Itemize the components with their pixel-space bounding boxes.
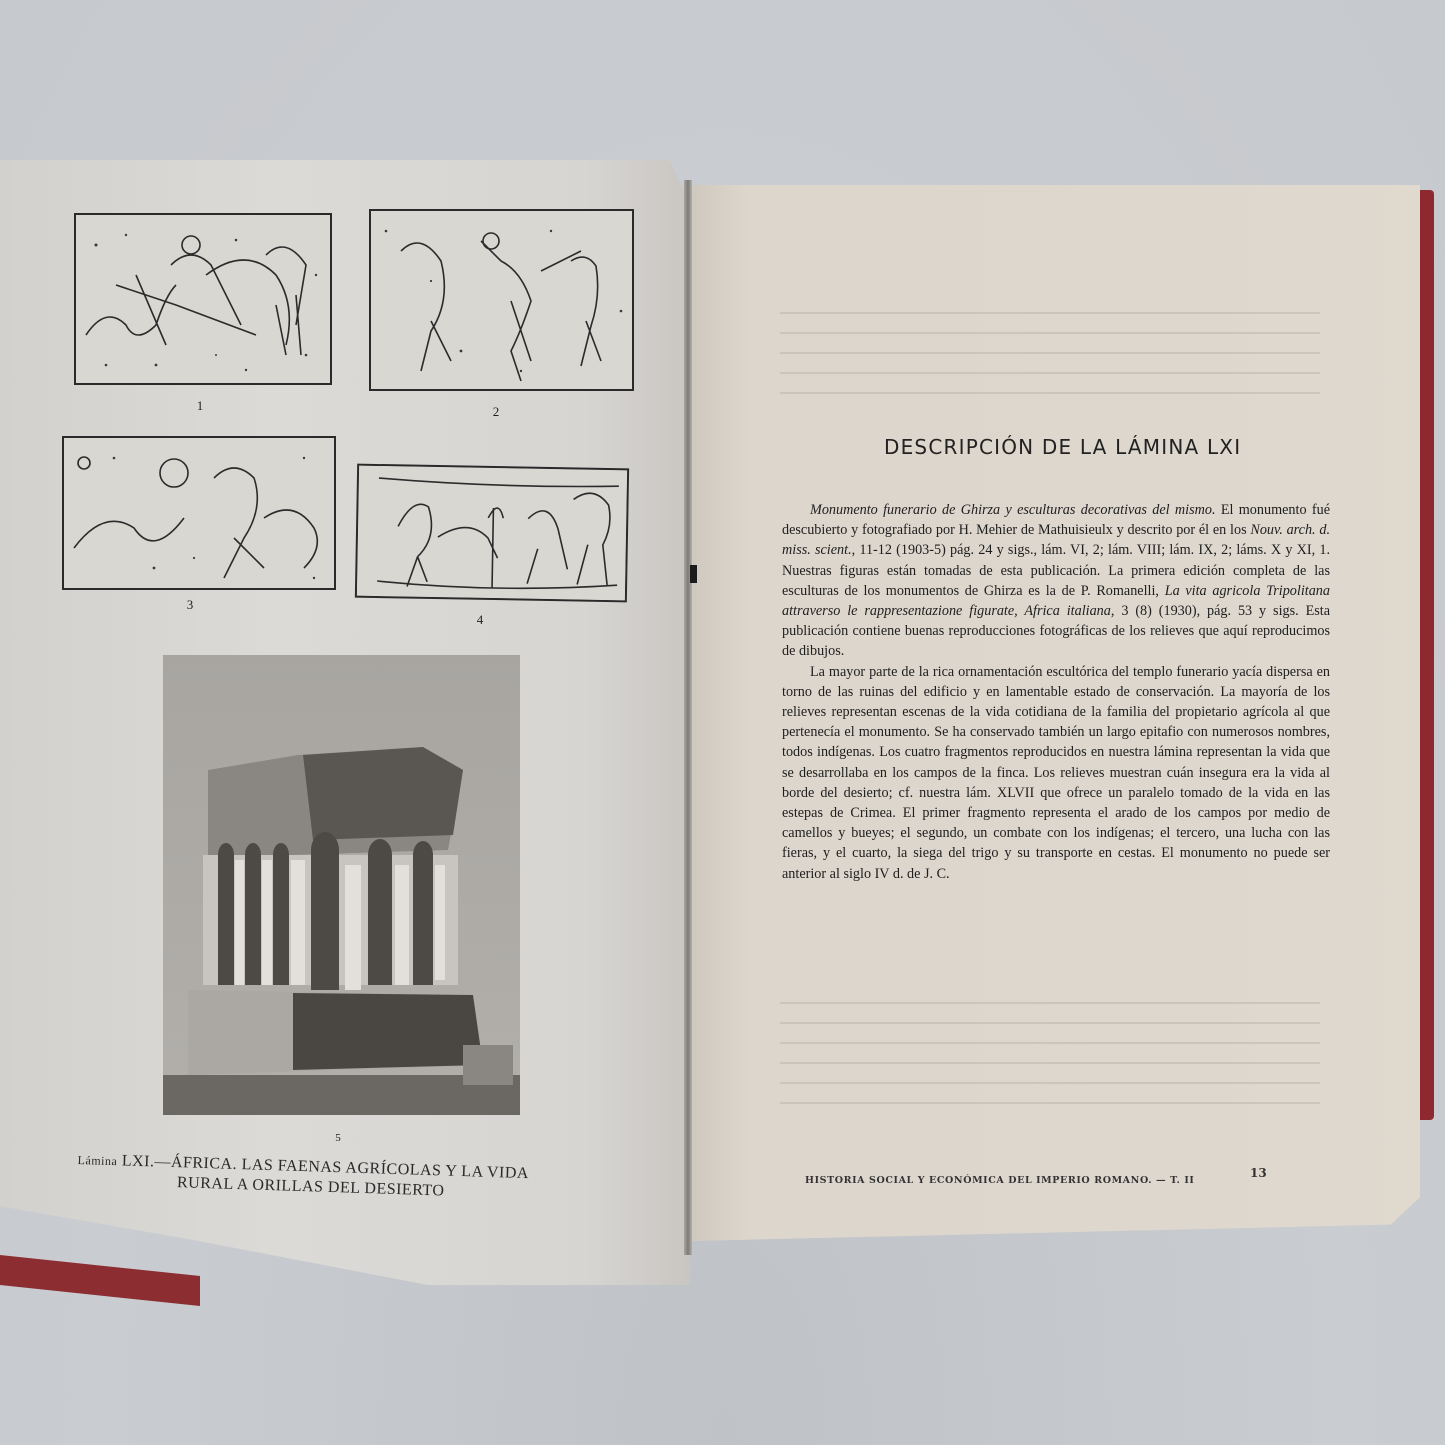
figure-1-relief [74, 213, 332, 385]
figure-4-relief [355, 464, 629, 603]
show-through-text-bottom [780, 990, 1320, 1110]
plate-caption-label: Lámina [77, 1153, 117, 1168]
paragraph-1-italic-lead: Monumento funerario de Ghirza y escultur… [810, 502, 1216, 518]
relief-drawing-icon [357, 466, 627, 601]
book-gutter [684, 180, 692, 1255]
figure-3-number: 3 [175, 597, 205, 613]
description-paragraph-1: Monumento funerario de Ghirza y escultur… [782, 500, 1330, 662]
figure-5-photo-monument [163, 655, 520, 1115]
figure-3-relief [62, 436, 336, 590]
figure-4-number: 4 [465, 612, 495, 628]
description-body: Monumento funerario de Ghirza y escultur… [782, 500, 1330, 884]
relief-drawing-icon [64, 438, 334, 588]
running-footer: HISTORIA SOCIAL Y ECONÓMICA DEL IMPERIO … [805, 1175, 1194, 1186]
book-cover-edge [1418, 190, 1434, 1120]
page-number: 13 [1250, 1166, 1267, 1180]
open-book: 1 2 [0, 0, 1445, 1445]
monument-photo-icon [163, 655, 520, 1115]
description-paragraph-2: La mayor parte de la rica ornamentación … [782, 662, 1330, 884]
figure-5-number: 5 [323, 1132, 353, 1144]
relief-drawing-icon [371, 211, 632, 389]
plate-caption-number: LXI. [122, 1152, 155, 1170]
figure-2-relief [369, 209, 634, 391]
bookmark-ribbon [690, 565, 697, 583]
relief-drawing-icon [76, 215, 330, 383]
description-title: DESCRIPCIÓN DE LA LÁMINA LXI [884, 435, 1241, 459]
figure-2-number: 2 [481, 404, 511, 420]
figure-1-number: 1 [185, 398, 215, 414]
show-through-text-top [780, 300, 1320, 410]
book-cover-edge-bottom [0, 1255, 200, 1306]
